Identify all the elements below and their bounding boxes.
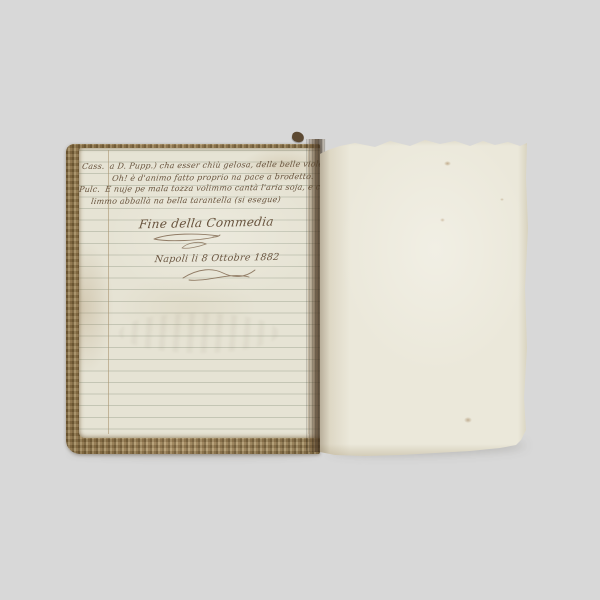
binding-tab bbox=[291, 131, 305, 144]
manuscript-line: Pulc.E nuje pe mala tozza volimmo cantà … bbox=[78, 182, 326, 195]
line-text: E nuje pe mala tozza volimmo cantà l'ari… bbox=[105, 182, 326, 193]
ink-showthrough bbox=[119, 313, 279, 353]
foxing-spot bbox=[464, 417, 472, 423]
manuscript-line: Cass.a D. Pupp.) cha esser chiù gelosa, … bbox=[81, 159, 340, 172]
photo-background: Cass.a D. Pupp.) cha esser chiù gelosa, … bbox=[0, 0, 600, 600]
foxing-spot bbox=[444, 161, 451, 166]
left-page: Cass.a D. Pupp.) cha esser chiù gelosa, … bbox=[79, 148, 320, 438]
foxing-spot bbox=[440, 218, 445, 222]
right-page bbox=[320, 138, 530, 456]
pen-flourish-icon bbox=[180, 241, 208, 250]
line-text: limmo abballà na bella tarantella (si es… bbox=[90, 195, 281, 206]
speaker-label: Cass. bbox=[81, 162, 105, 172]
date-line: Napoli li 8 Ottobre 1882 bbox=[152, 252, 281, 266]
manuscript-line: limmo abballà na bella tarantella (si es… bbox=[90, 195, 281, 207]
foxing-spot bbox=[500, 198, 504, 201]
line-text: Oh! è d'animo fatto proprio na pace a br… bbox=[111, 172, 314, 183]
fine-heading: Fine della Commedia bbox=[138, 215, 268, 232]
speaker-label: Pulc. bbox=[78, 185, 100, 195]
pen-flourish-icon bbox=[179, 266, 259, 282]
